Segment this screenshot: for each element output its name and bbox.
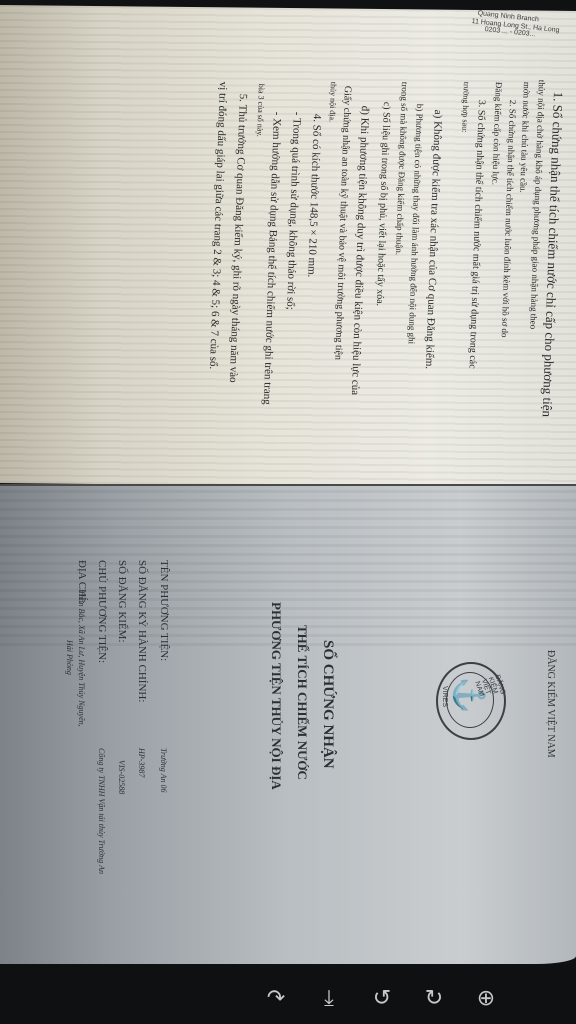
rotate-left-icon[interactable]: ↺	[368, 985, 396, 1013]
download-icon[interactable]: ⤓	[315, 985, 343, 1013]
cover-field-value: HP-3987	[137, 748, 146, 777]
rotate-right-icon[interactable]: ↻	[420, 985, 448, 1013]
agency-name: ĐĂNG KIỂM VIỆT NAM	[545, 650, 556, 758]
back-page-line: bìa 3 của sổ này.	[255, 84, 266, 137]
cover-field-value: Hải Phòng	[65, 640, 74, 675]
cover-title-1: SỔ CHỨNG NHẬN	[319, 640, 336, 769]
cover-field-label: TÊN PHƯƠNG TIỆN:	[158, 560, 170, 661]
zoom-in-icon[interactable]: ⊕	[472, 985, 500, 1013]
image-viewer: Quang Ninh Branch 11 Hoang Long St., Ha …	[0, 0, 576, 1024]
cover-field-value: Trường An 06	[159, 748, 168, 793]
cover-field-value: Thôn Bắc, Xã An Lư, Huyện Thủy Nguyên,	[77, 590, 86, 727]
stamp-bottom-text: VIRES	[441, 686, 448, 707]
cover-title-2: THỂ TÍCH CHIẾM NƯỚC	[294, 625, 310, 780]
share-icon[interactable]: ↷	[262, 985, 290, 1013]
back-page-line: trường hợp sau:	[460, 82, 471, 133]
cover-field-value: VIS-02588	[117, 760, 126, 794]
cover-title-3: PHƯƠNG TIỆN THỦY NỘI ĐỊA	[268, 602, 284, 790]
cover-field-label: SỐ ĐĂNG KIỂM:	[116, 560, 128, 643]
vires-stamp: ⚓ ĐĂNG KIỂM VIỆT NAM VIRES	[436, 662, 506, 740]
cover-field-value: Công ty TNHH Vận tải thủy Trường An	[97, 748, 106, 874]
cover-field-label: CHỦ PHƯƠNG TIỆN:	[96, 560, 108, 663]
cover-field-label: SỐ ĐĂNG KÝ HÀNH CHÍNH:	[136, 560, 148, 702]
back-page-line: thủy nội địa.	[328, 82, 338, 123]
